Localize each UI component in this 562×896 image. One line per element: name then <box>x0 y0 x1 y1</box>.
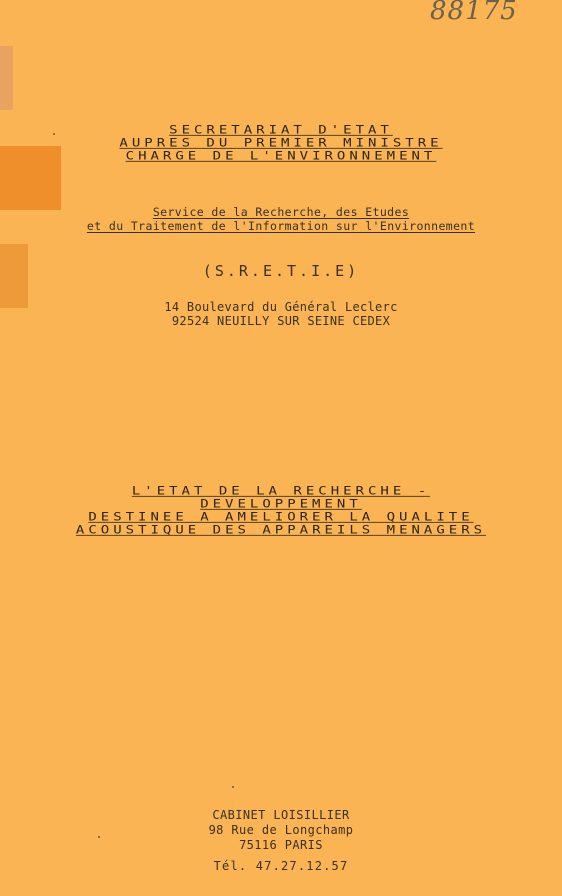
ministry-line-2: AUPRES DU PREMIER MINISTRE <box>119 137 442 150</box>
speck <box>53 133 55 135</box>
cabinet-line-1: CABINET LOISILLIER <box>0 808 562 823</box>
service-address: 14 Boulevard du Général Leclerc 92524 NE… <box>0 300 562 328</box>
cabinet-phone: Tél. 47.27.12.57 <box>0 859 562 873</box>
cabinet-line-2: 98 Rue de Longchamp <box>0 823 562 838</box>
ministry-heading: SECRETARIAT D'ETAT AUPRES DU PREMIER MIN… <box>0 124 562 163</box>
title-line-1: L'ETAT DE LA RECHERCHE - <box>132 485 430 498</box>
service-acronym: (S.R.E.T.I.E) <box>0 262 562 280</box>
cabinet-line-3: 75116 PARIS <box>0 838 562 853</box>
service-line-1: Service de la Recherche, des Etudes <box>153 205 409 219</box>
ministry-line-1: SECRETARIAT D'ETAT <box>169 124 393 137</box>
address-line-1: 14 Boulevard du Général Leclerc <box>0 300 562 314</box>
handwritten-reference-number: 88175 <box>430 0 518 26</box>
document-title: L'ETAT DE LA RECHERCHE - DEVELOPPEMENT D… <box>0 485 562 537</box>
title-line-3: DESTINEE A AMELIORER LA QUALITE <box>88 511 473 524</box>
paper-stain <box>0 46 13 110</box>
cabinet-address: CABINET LOISILLIER 98 Rue de Longchamp 7… <box>0 808 562 853</box>
title-line-2: DEVELOPPEMENT <box>200 498 362 511</box>
speck <box>98 836 100 838</box>
ministry-line-3: CHARGE DE L'ENVIRONNEMENT <box>126 150 437 163</box>
address-line-2: 92524 NEUILLY SUR SEINE CEDEX <box>0 314 562 328</box>
service-line-2: et du Traitement de l'Information sur l'… <box>87 219 475 233</box>
title-line-4: ACOUSTIQUE DES APPAREILS MENAGERS <box>76 524 486 537</box>
speck <box>232 786 234 788</box>
service-name: Service de la Recherche, des Etudes et d… <box>0 205 562 233</box>
